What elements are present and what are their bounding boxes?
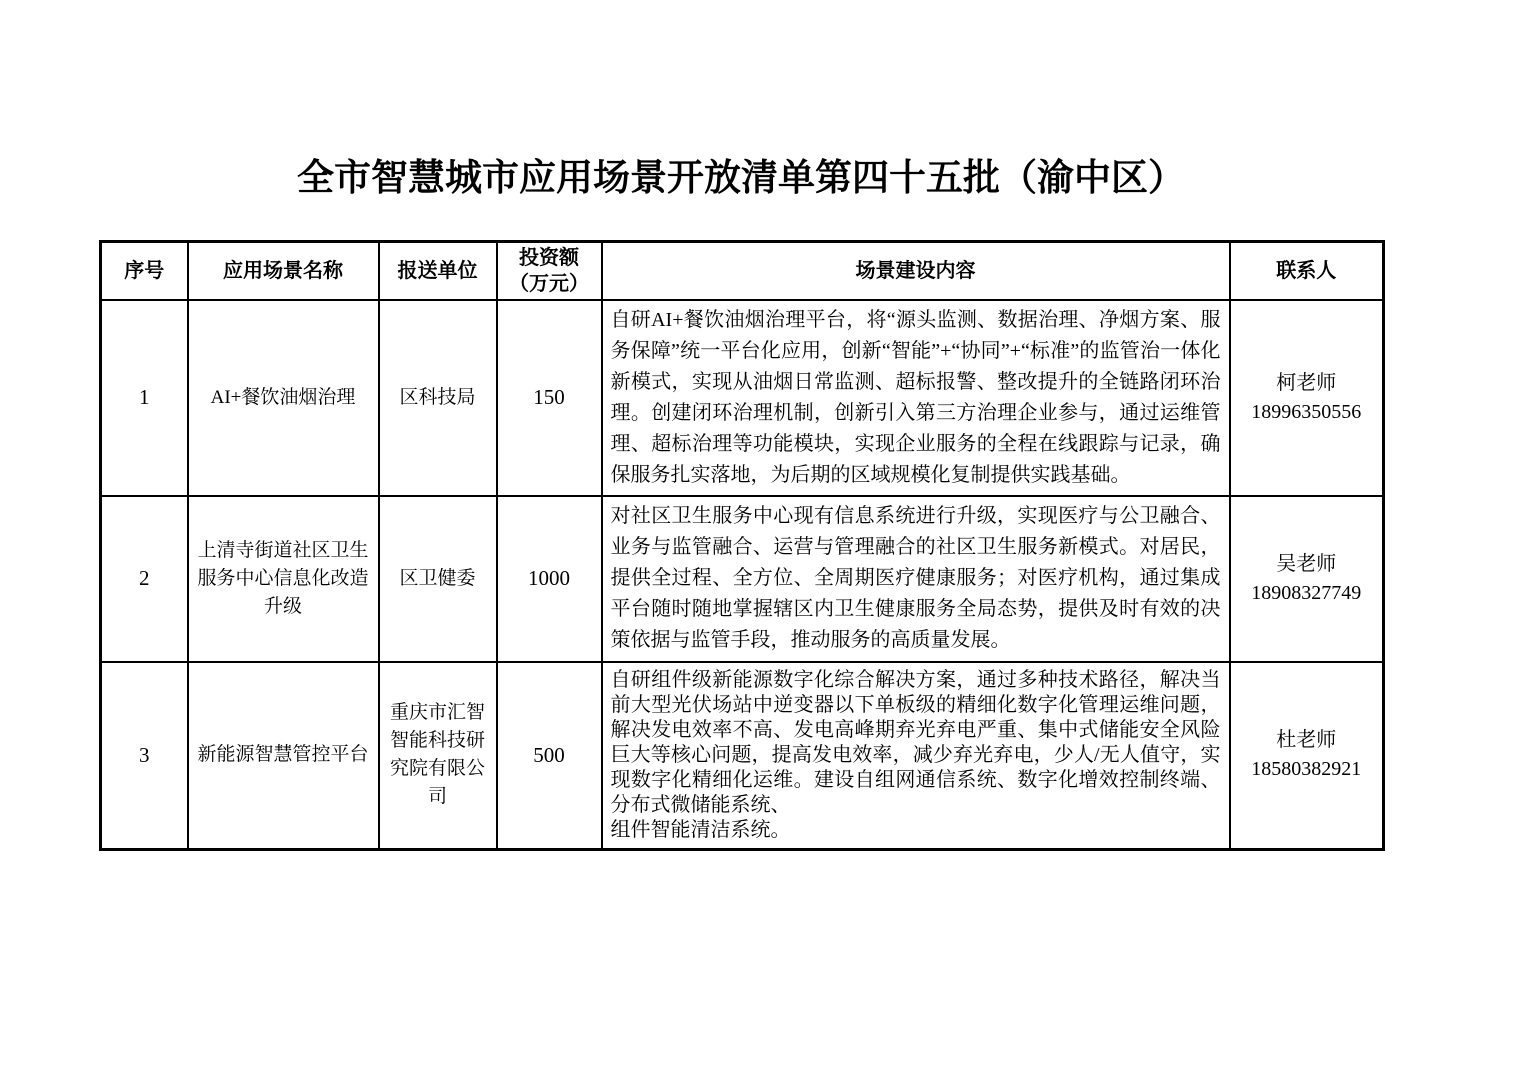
col-header-index: 序号 xyxy=(101,242,188,300)
cell-content: 对社区卫生服务中心现有信息系统进行升级，实现医疗与公卫融合、业务与监管融合、运营… xyxy=(602,496,1230,662)
contact-phone: 18580382921 xyxy=(1235,755,1379,784)
cell-investment: 500 xyxy=(497,662,602,850)
cell-index: 1 xyxy=(101,300,188,496)
contact-name: 柯老师 xyxy=(1235,369,1379,398)
cell-contact: 吴老师 18908327749 xyxy=(1230,496,1384,662)
col-header-investment: 投资额 （万元） xyxy=(497,242,602,300)
document-page: 全市智慧城市应用场景开放清单第四十五批（渝中区） 序号 应用场景名称 报送单位 … xyxy=(0,0,1520,1074)
cell-investment: 150 xyxy=(497,300,602,496)
cell-unit: 重庆市汇智智能科技研究院有限公司 xyxy=(379,662,497,850)
cell-contact: 杜老师 18580382921 xyxy=(1230,662,1384,850)
cell-contact: 柯老师 18996350556 xyxy=(1230,300,1384,496)
contact-phone: 18908327749 xyxy=(1235,579,1379,608)
col-header-contact: 联系人 xyxy=(1230,242,1384,300)
cell-index: 2 xyxy=(101,496,188,662)
cell-unit: 区科技局 xyxy=(379,300,497,496)
contact-name: 杜老师 xyxy=(1235,726,1379,755)
col-header-content: 场景建设内容 xyxy=(602,242,1230,300)
cell-scenario-name: AI+餐饮油烟治理 xyxy=(188,300,379,496)
cell-scenario-name: 新能源智慧管控平台 xyxy=(188,662,379,850)
contact-phone: 18996350556 xyxy=(1235,398,1379,427)
cell-investment: 1000 xyxy=(497,496,602,662)
col-header-scenario-name: 应用场景名称 xyxy=(188,242,379,300)
document-title: 全市智慧城市应用场景开放清单第四十五批（渝中区） xyxy=(100,155,1382,203)
col-header-unit: 报送单位 xyxy=(379,242,497,300)
cell-index: 3 xyxy=(101,662,188,850)
table-row: 1 AI+餐饮油烟治理 区科技局 150 自研AI+餐饮油烟治理平台，将“源头监… xyxy=(101,300,1384,496)
scenario-table: 序号 应用场景名称 报送单位 投资额 （万元） 场景建设内容 联系人 1 AI+… xyxy=(99,240,1385,851)
cell-content: 自研组件级新能源数字化综合解决方案，通过多种技术路径，解决当前大型光伏场站中逆变… xyxy=(602,662,1230,850)
cell-content: 自研AI+餐饮油烟治理平台，将“源头监测、数据治理、净烟方案、服务保障”统一平台… xyxy=(602,300,1230,496)
table-header-row: 序号 应用场景名称 报送单位 投资额 （万元） 场景建设内容 联系人 xyxy=(101,242,1384,300)
table-row: 2 上清寺街道社区卫生服务中心信息化改造升级 区卫健委 1000 对社区卫生服务… xyxy=(101,496,1384,662)
cell-unit: 区卫健委 xyxy=(379,496,497,662)
contact-name: 吴老师 xyxy=(1235,550,1379,579)
table-row: 3 新能源智慧管控平台 重庆市汇智智能科技研究院有限公司 500 自研组件级新能… xyxy=(101,662,1384,850)
cell-scenario-name: 上清寺街道社区卫生服务中心信息化改造升级 xyxy=(188,496,379,662)
